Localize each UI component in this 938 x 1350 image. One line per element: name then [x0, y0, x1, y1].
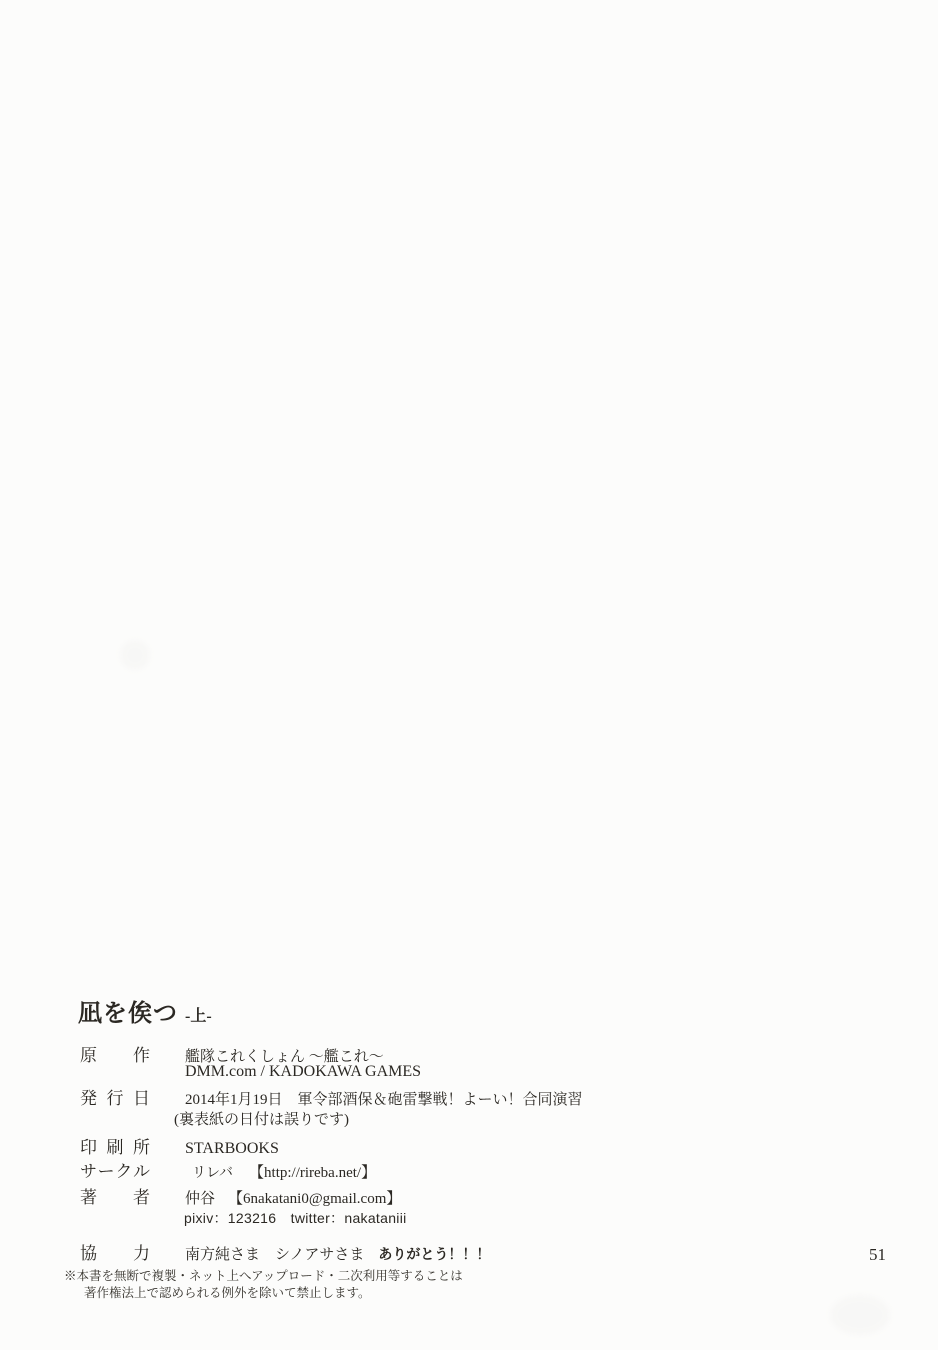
row-circle: サークル リレバ 【http://rireba.net/】	[80, 1157, 376, 1182]
book-volume-suffix: -上-	[185, 1008, 212, 1025]
circle-name: リレバ	[192, 1162, 233, 1182]
author-email: 【6nakatani0@gmail.com】	[228, 1187, 401, 1208]
row-printer: 印刷所 STARBOOKS	[80, 1133, 279, 1158]
row-publication-date: 発行日 2014年1月19日 軍令部酒保＆砲雷撃戦！よーい！合同演習	[80, 1084, 583, 1109]
row-cooperation: 協力 南方純さま シノアサさま ありがとう！！！	[80, 1239, 490, 1264]
publication-date-value: 2014年1月19日 軍令部酒保＆砲雷撃戦！よーい！合同演習	[185, 1088, 583, 1109]
copyright-notice-line1: ※本書を無断で複製・ネット上へアップロード・二次利用等することは	[64, 1266, 463, 1284]
author-label: 著者	[80, 1183, 150, 1208]
author-name: 仲谷	[185, 1187, 215, 1208]
printer-name: STARBOOKS	[185, 1140, 279, 1158]
circle-url: 【http://rireba.net/】	[249, 1161, 376, 1182]
scan-smudge	[830, 1295, 890, 1335]
book-title: 凪を俟つ-上-	[78, 993, 212, 1028]
circle-label: サークル	[80, 1157, 150, 1182]
row-author: 著者 仲谷 【6nakatani0@gmail.com】	[80, 1183, 401, 1208]
author-social-accounts: pixiv：123216 twitter：nakataniii	[184, 1208, 407, 1228]
colophon-page: 凪を俟つ-上- 原作 艦隊これくしょん ～艦これ～ DMM.com / KADO…	[0, 0, 938, 1350]
page-number: 51	[869, 1245, 886, 1265]
original-work-publisher: DMM.com / KADOKAWA GAMES	[185, 1063, 421, 1081]
scan-smudge	[120, 640, 150, 670]
original-work-label: 原作	[80, 1041, 150, 1066]
cooperation-thanks: ありがとう！！！	[378, 1244, 490, 1264]
publication-date-note: (裏表紙の日付は誤りです)	[174, 1108, 349, 1129]
cooperation-label: 協力	[80, 1239, 150, 1264]
publication-date-label: 発行日	[80, 1084, 150, 1109]
printer-label: 印刷所	[80, 1133, 150, 1158]
book-title-text: 凪を俟つ	[78, 1001, 178, 1027]
copyright-notice-line2: 著作権法上で認められる例外を除いて禁止します。	[84, 1283, 371, 1301]
cooperation-names: 南方純さま シノアサさま	[185, 1243, 364, 1264]
